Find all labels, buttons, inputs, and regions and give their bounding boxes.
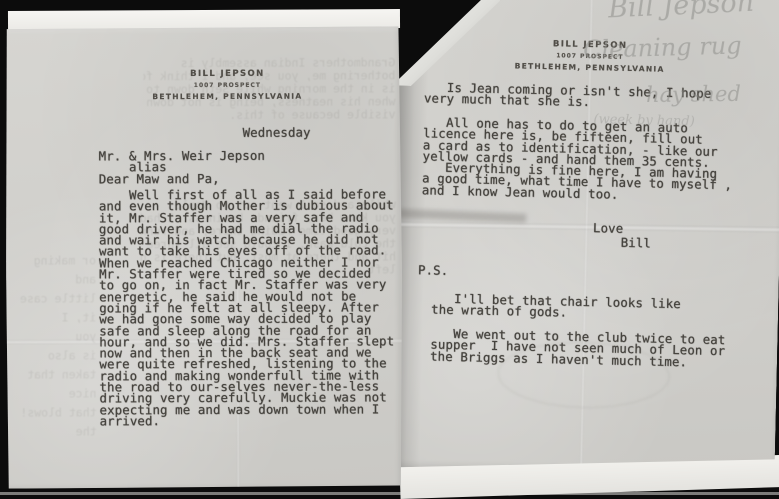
letterhead: BILL JEPSON 1007 PROSPECT BETHLEHEM, PEN… xyxy=(77,68,377,101)
signature: Bill xyxy=(621,237,651,249)
bleedthrough-text-margin: or making and little case it, I you is a… xyxy=(8,251,97,441)
letter-body: Well first of all as I said before and e… xyxy=(99,188,395,426)
letterhead-city: BETHLEHEM, PENNSYLVANIA xyxy=(77,91,377,101)
letter-page-2: BILL JEPSON 1007 PROSPECT BETHLEHEM, PEN… xyxy=(386,0,779,476)
ps-paragraph-club: We went out to the club twice to eat sup… xyxy=(430,328,726,369)
letter-page-1: Grandmothers Indian assembly is botherin… xyxy=(5,26,403,488)
ps-paragraph-chair: I'll bet that chair looks like the wrath… xyxy=(431,293,681,321)
ps-label: P.S. xyxy=(418,264,448,276)
photo-bottom-edge-line xyxy=(0,492,779,495)
handwritten-note-4: (week by hand) xyxy=(593,112,695,129)
handwritten-note-3: hay shed xyxy=(646,82,741,107)
handwritten-note-1: Bill Jepson xyxy=(607,0,754,25)
letter-salutation: Mr. & Mrs. Weir Jepson alias Dear Maw an… xyxy=(99,150,265,184)
handwritten-note-2: Cleaning rug xyxy=(583,31,742,64)
letterhead-name: BILL JEPSON xyxy=(77,68,377,79)
letter-date: Wednesday xyxy=(243,127,311,139)
closing: Love xyxy=(593,222,623,234)
letterhead-street: 1007 PROSPECT xyxy=(77,81,377,89)
scanned-letters-photo: BILL JEPSON 1007 PROSPECT BETHLEHEM, PEN… xyxy=(0,0,779,499)
